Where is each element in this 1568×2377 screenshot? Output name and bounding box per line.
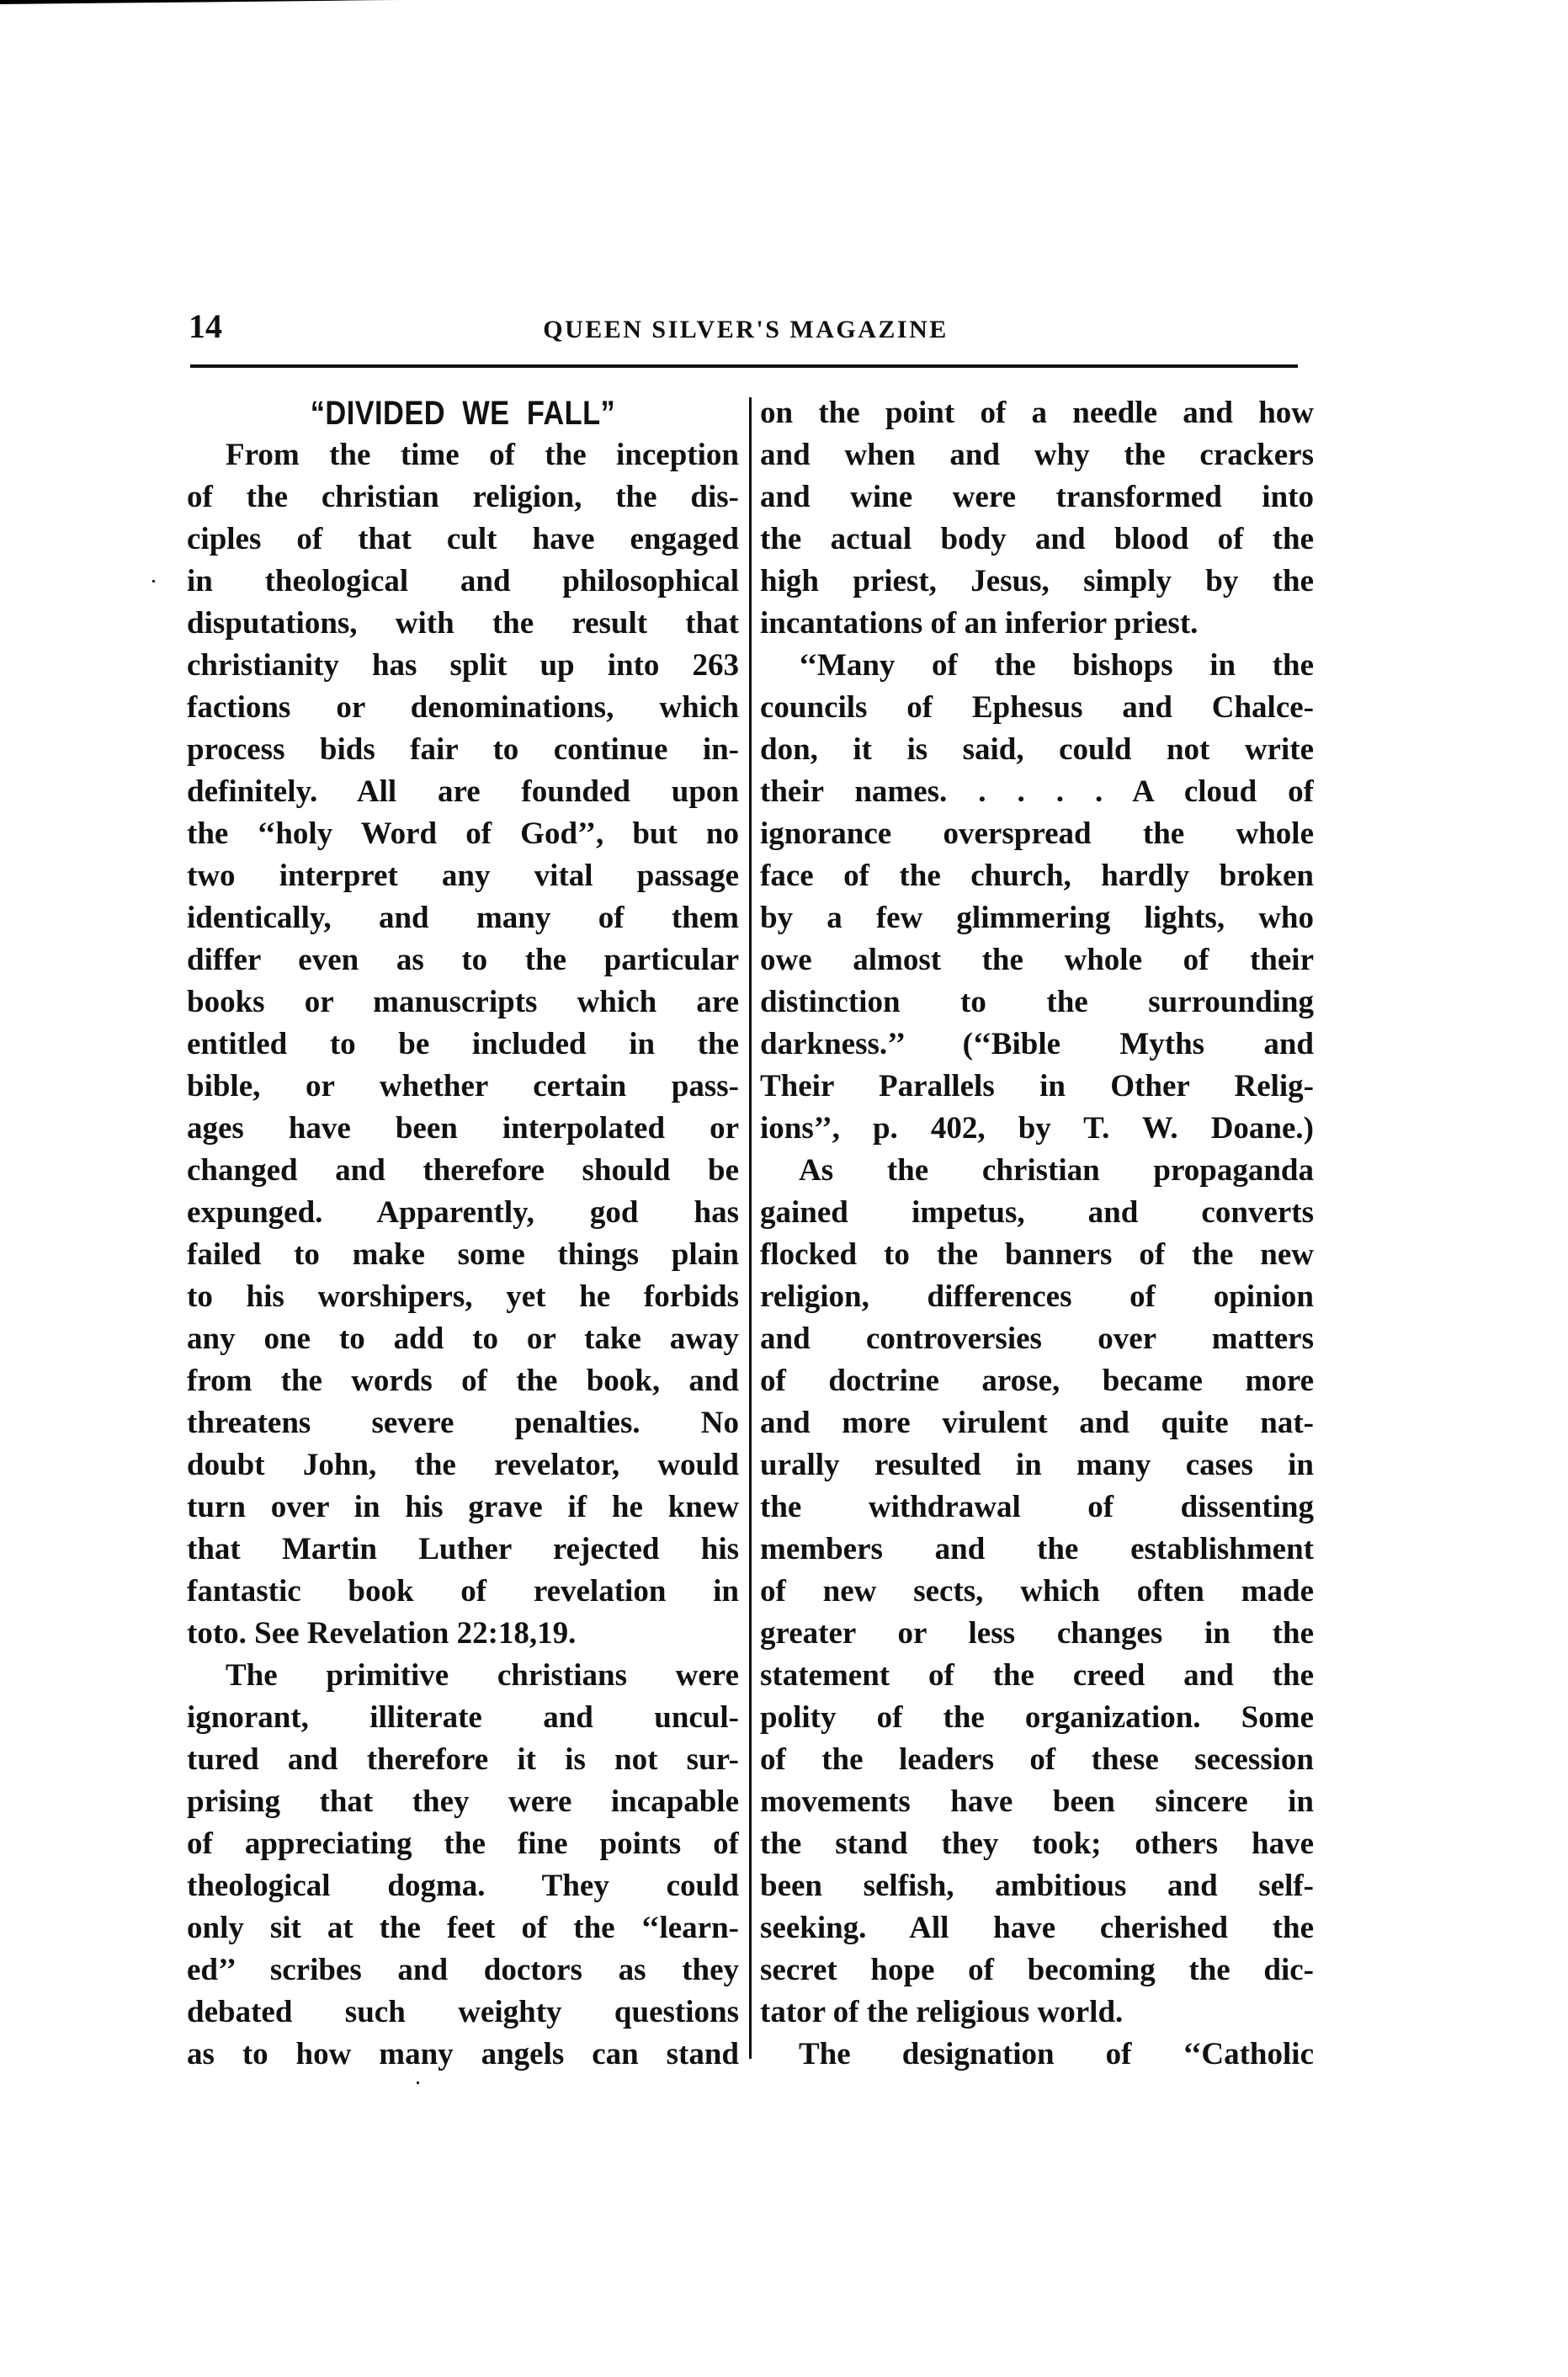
text-line: doubt John, the revelator, would	[187, 1444, 739, 1486]
text-line: high priest, Jesus, simply by the	[760, 561, 1314, 603]
text-line: factions or denominations, which	[187, 687, 739, 729]
text-line: ed’’ scribes and doctors as they	[187, 1949, 739, 1991]
text-line: in theological and philosophical	[187, 561, 739, 603]
text-line: turn over in his grave if he knew	[187, 1486, 739, 1529]
article-title: “DIVIDED WE FALL”	[226, 392, 700, 434]
right-column: on the point of a needle and howand when…	[760, 392, 1314, 2076]
text-line: changed and therefore should be	[187, 1150, 739, 1192]
text-line: the ‘‘holy Word of God’’, but no	[187, 813, 739, 855]
text-line: religion, differences of opinion	[760, 1276, 1314, 1318]
scan-speck	[152, 580, 155, 582]
text-line: theological dogma. They could	[187, 1865, 739, 1907]
text-line: tured and therefore it is not sur-	[187, 1739, 739, 1781]
text-line: identically, and many of them	[187, 897, 739, 939]
text-line: ‘‘Many of the bishops in the	[760, 645, 1314, 687]
text-line: distinction to the surrounding	[760, 981, 1314, 1024]
text-line: tator of the religious world.	[760, 1991, 1314, 2034]
text-line: From the time of the inception	[187, 434, 739, 476]
text-line: and when and why the crackers	[760, 434, 1314, 476]
text-line: disputations, with the result that	[187, 603, 739, 645]
text-line: definitely. All are founded upon	[187, 771, 739, 813]
text-line: to his worshipers, yet he forbids	[187, 1276, 739, 1318]
text-line: flocked to the banners of the new	[760, 1234, 1314, 1276]
text-line: greater or less changes in the	[760, 1613, 1314, 1655]
text-line: entitled to be included in the	[187, 1024, 739, 1066]
text-line: their names. . . . . A cloud of	[760, 771, 1314, 813]
text-line: from the words of the book, and	[187, 1360, 739, 1402]
page-number: 14	[189, 308, 222, 345]
text-line: ignorant, illiterate and uncul-	[187, 1697, 739, 1739]
text-line: ions’’, p. 402, by T. W. Doane.)	[760, 1108, 1314, 1150]
text-line: and wine were transformed into	[760, 476, 1314, 518]
text-line: bible, or whether certain pass-	[187, 1066, 739, 1108]
text-line: on the point of a needle and how	[760, 392, 1314, 434]
text-line: the stand they took; others have	[760, 1823, 1314, 1865]
text-line: seeking. All have cherished the	[760, 1907, 1314, 1949]
scan-speck	[417, 2082, 419, 2084]
text-line: of new sects, which often made	[760, 1571, 1314, 1613]
text-line: the withdrawal of dissenting	[760, 1486, 1314, 1529]
text-line: owe almost the whole of their	[760, 939, 1314, 981]
text-line: differ even as to the particular	[187, 939, 739, 981]
running-title: QUEEN SILVER'S MAGAZINE	[515, 313, 976, 347]
text-line: as to how many angels can stand	[187, 2034, 739, 2076]
text-line: only sit at the feet of the ‘‘learn-	[187, 1907, 739, 1949]
scan-edge-artifact	[0, 0, 438, 4]
text-line: The primitive christians were	[187, 1655, 739, 1697]
text-line: of appreciating the fine points of	[187, 1823, 739, 1865]
text-line: Their Parallels in Other Relig-	[760, 1066, 1314, 1108]
text-line: incantations of an inferior priest.	[760, 603, 1314, 645]
text-line: don, it is said, could not write	[760, 729, 1314, 771]
text-line: secret hope of becoming the dic-	[760, 1949, 1314, 1991]
text-line: The designation of ‘‘Catholic	[760, 2034, 1314, 2076]
text-line: ignorance overspread the whole	[760, 813, 1314, 855]
text-line: councils of Ephesus and Chalce-	[760, 687, 1314, 729]
text-line: of the christian religion, the dis-	[187, 476, 739, 518]
text-line: any one to add to or take away	[187, 1318, 739, 1360]
text-line: statement of the creed and the	[760, 1655, 1314, 1697]
header-rule	[190, 364, 1298, 368]
text-line: polity of the organization. Some	[760, 1697, 1314, 1739]
text-line: movements have been sincere in	[760, 1781, 1314, 1823]
text-line: that Martin Luther rejected his	[187, 1529, 739, 1571]
text-line: and controversies over matters	[760, 1318, 1314, 1360]
text-line: expunged. Apparently, god has	[187, 1192, 739, 1234]
text-line: toto. See Revelation 22:18,19.	[187, 1613, 739, 1655]
text-line: of doctrine arose, became more	[760, 1360, 1314, 1402]
text-line: two interpret any vital passage	[187, 855, 739, 897]
text-line: and more virulent and quite nat-	[760, 1402, 1314, 1444]
text-line: face of the church, hardly broken	[760, 855, 1314, 897]
text-line: gained impetus, and converts	[760, 1192, 1314, 1234]
text-line: by a few glimmering lights, who	[760, 897, 1314, 939]
text-line: the actual body and blood of the	[760, 518, 1314, 561]
column-divider	[749, 397, 752, 2059]
text-line: members and the establishment	[760, 1529, 1314, 1571]
text-line: been selfish, ambitious and self-	[760, 1865, 1314, 1907]
text-line: darkness.’’ (‘‘Bible Myths and	[760, 1024, 1314, 1066]
left-column: “DIVIDED WE FALL” From the time of the i…	[187, 392, 739, 2076]
text-line: process bids fair to continue in-	[187, 729, 739, 771]
text-line: of the leaders of these secession	[760, 1739, 1314, 1781]
text-line: prising that they were incapable	[187, 1781, 739, 1823]
text-line: debated such weighty questions	[187, 1991, 739, 2034]
text-line: fantastic book of revelation in	[187, 1571, 739, 1613]
text-line: christianity has split up into 263	[187, 645, 739, 687]
text-line: ages have been interpolated or	[187, 1108, 739, 1150]
text-line: ciples of that cult have engaged	[187, 518, 739, 561]
text-line: As the christian propaganda	[760, 1150, 1314, 1192]
text-line: failed to make some things plain	[187, 1234, 739, 1276]
text-line: threatens severe penalties. No	[187, 1402, 739, 1444]
text-line: urally resulted in many cases in	[760, 1444, 1314, 1486]
text-line: books or manuscripts which are	[187, 981, 739, 1024]
